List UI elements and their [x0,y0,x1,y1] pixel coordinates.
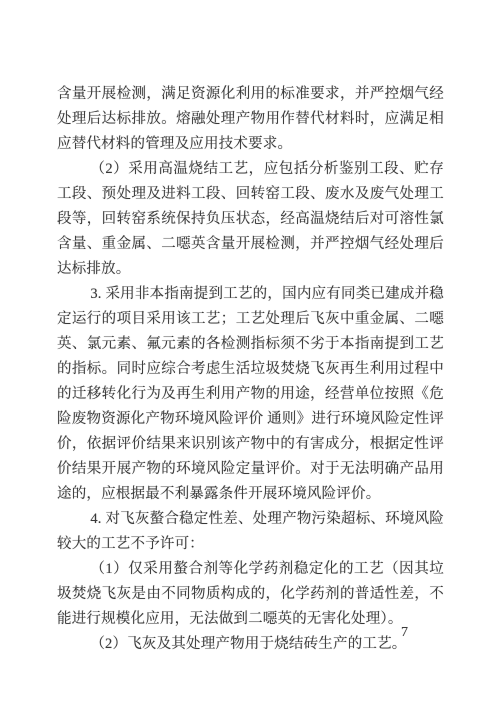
page-number: 7 [401,624,408,642]
paragraph-clause-4: 4. 对飞灰螯合稳定性差、处理产物污染超标、环境风险较大的工艺不予许可： [57,507,444,557]
paragraph-item-2-sintering: （2）采用高温烧结工艺，应包括分析鉴别工段、贮存工段、预处理及进料工段、回转窑工… [57,157,444,282]
document-page: 含量开展检测，满足资源化利用的标准要求，并严控烟气经处理后达标排放。熔融处理产物… [0,0,496,702]
body-text: 含量开展检测，满足资源化利用的标准要求，并严控烟气经处理后达标排放。熔融处理产物… [57,82,444,657]
paragraph-clause-3: 3. 采用非本指南提到工艺的，国内应有同类已建成并稳定运行的项目采用该工艺；工艺… [57,282,444,507]
paragraph-continuation: 含量开展检测，满足资源化利用的标准要求，并严控烟气经处理后达标排放。熔融处理产物… [57,82,444,157]
paragraph-item-1-chelation: （1）仅采用螯合剂等化学药剂稳定化的工艺（因其垃圾焚烧飞灰是由不同物质构成的，化… [57,557,444,632]
paragraph-item-2-brick: （2）飞灰及其处理产物用于烧结砖生产的工艺。 [57,632,444,657]
